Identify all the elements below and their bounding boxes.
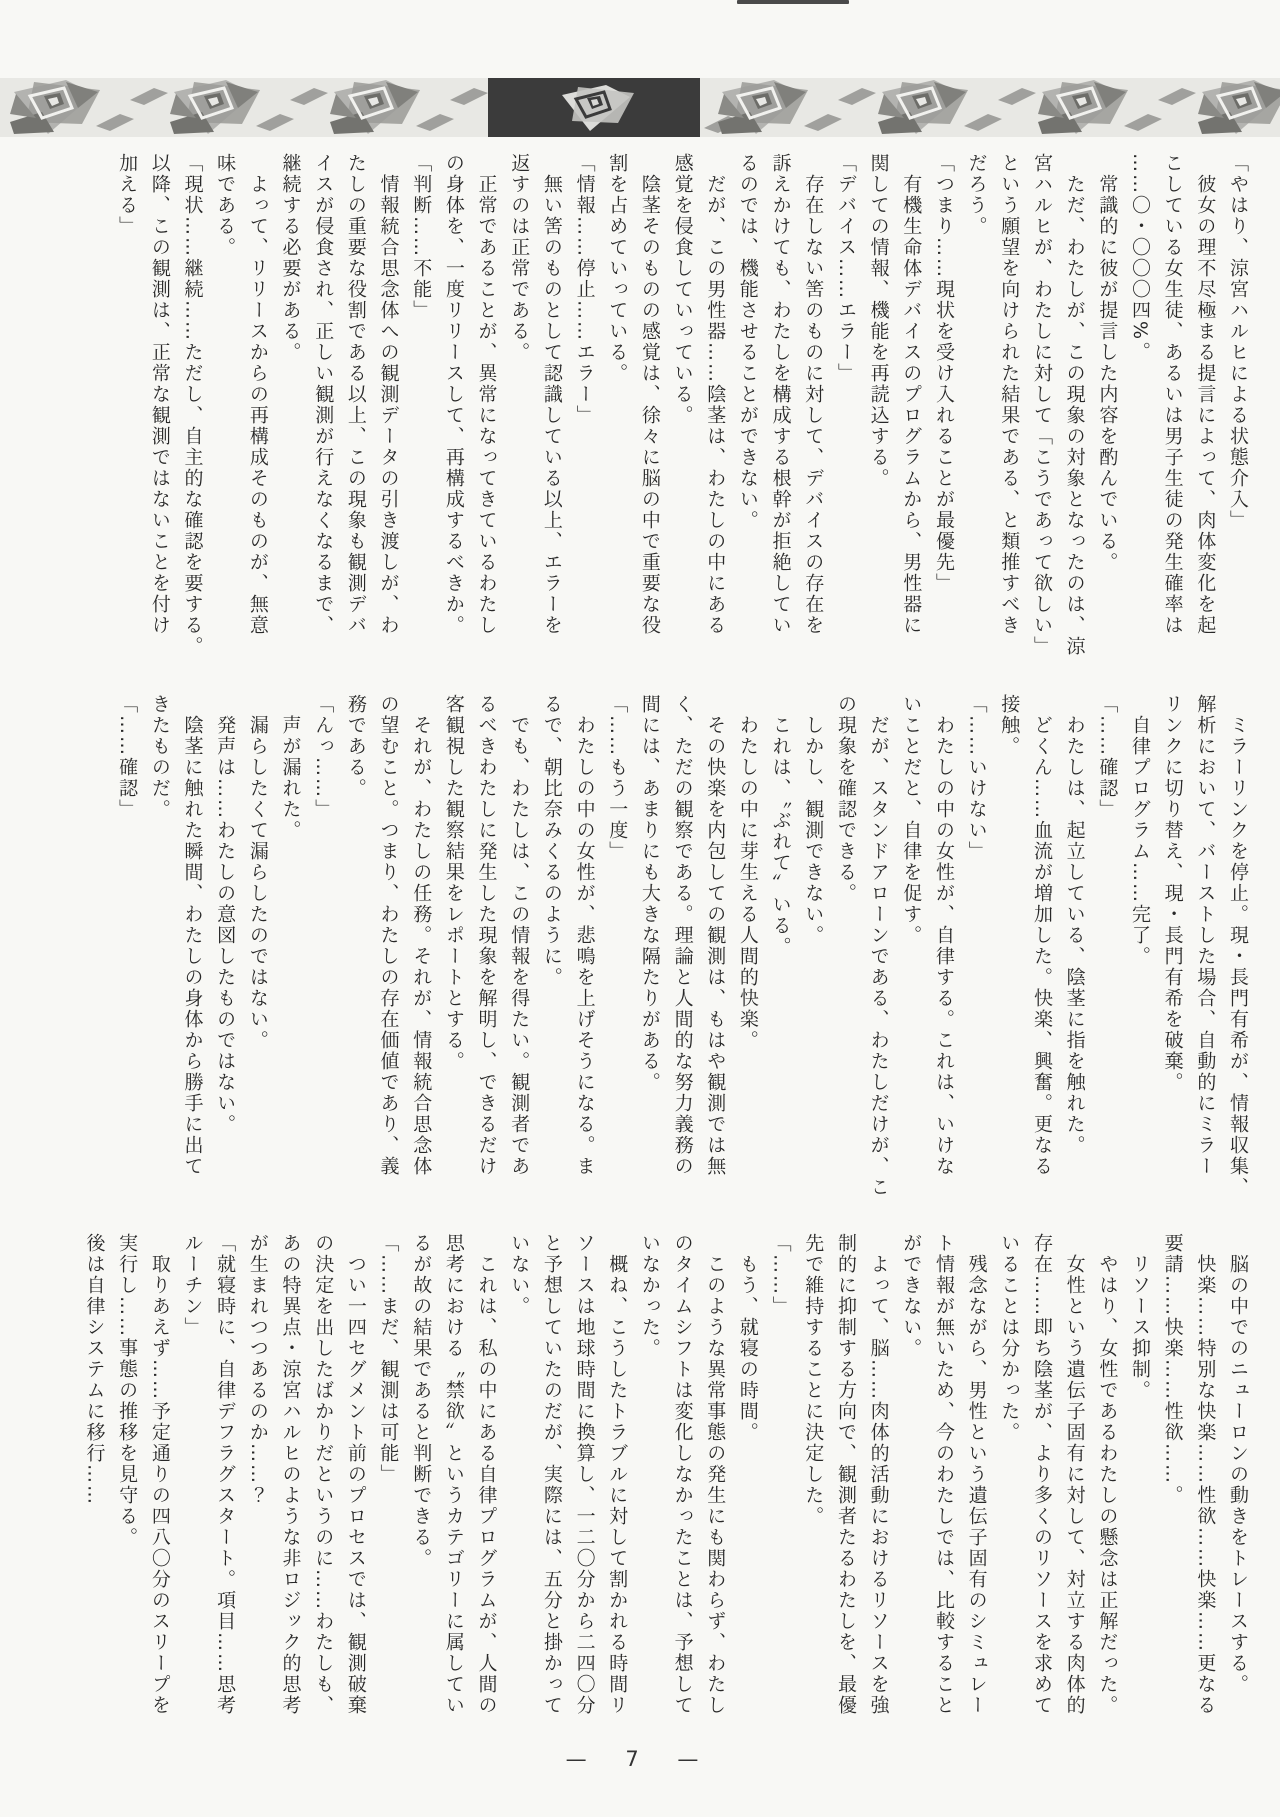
text-column: 接触。 [993,694,1026,1210]
text-column: 陰茎そのものの感覚は、徐々に脳の中で重要な役 [633,153,666,669]
text-column: 「……まだ、観測は可能」 [372,1233,405,1749]
text-column: やはり、女性であるわたしの懸念は正解だった。 [1091,1233,1124,1749]
text-column: 「……もう一度」 [601,694,634,1210]
text-column: これは、〝ぶれて〟いる。 [764,694,797,1210]
text-column: 自律プログラム……完了。 [1123,694,1156,1210]
text-column: 概ね、こうしたトラブルに対して割かれる時間リ [601,1233,634,1749]
text-column: こしている女生徒、あるいは男子生徒の発生確率は [1156,153,1189,669]
text-column: 残念ながら、男性という遺伝子固有のシミュレー [960,1233,993,1749]
text-column: たしの重要な役割である以上、この現象も観測デバ [339,153,372,669]
text-column: つい一四セグメント前のプロセスでは、観測破棄 [339,1233,372,1749]
text-column: 返すのは正常である。 [503,153,536,669]
text-column: 継続する必要がある。 [274,153,307,669]
text-column: 「……確認」 [1091,694,1124,1210]
text-column: いない。 [503,1233,536,1749]
text-column: もう、就寝の時間。 [731,1233,764,1749]
text-column: の身体を、一度リリースして、再構成するべきか。 [437,153,470,669]
text-column: るが故の結果であると判断できる。 [405,1233,438,1749]
text-column: 制的に抑制する方向で、観測者たるわたしを、最優 [829,1233,862,1749]
text-column: 有機生命体デバイスのプログラムから、男性器に [895,153,928,669]
text-column: 「情報……停止……エラー」 [568,153,601,669]
text-column: ト情報が無いため、今のわたしでは、比較すること [927,1233,960,1749]
text-column: 情報統合思念体への観測データの引き渡しが、わ [372,153,405,669]
text-column: るべきわたしに発生した現象を解明し、できるだけ [470,694,503,1210]
text-column: の現象を確認できる。 [829,694,862,1210]
text-column: 訴えかけても、わたしを構成する根幹が拒絶してい [764,153,797,669]
text-column: 「デバイス……エラー」 [829,153,862,669]
text-column: きたものだ。 [143,694,176,1210]
text-column: いことだと、自律を促す。 [895,694,928,1210]
text-column: だろう。 [960,153,993,669]
text-column: それが、わたしの任務。それが、情報統合思念体 [405,694,438,1210]
text-band-bottom: 脳の中でのニューロンの動きをトレースする。 快楽……特別な快楽……性欲……快楽…… [78,1233,1254,1749]
text-column: 「……」 [764,1233,797,1749]
text-column: どくん……血流が増加した。快楽、興奮。更なる [1025,694,1058,1210]
text-column: 客観視した観察結果をレポートとする。 [437,694,470,1210]
text-column: しかし、観測できない。 [797,694,830,1210]
text-column: 務である。 [339,694,372,1210]
text-column: 存在しない筈のものに対して、デバイスの存在を [797,153,830,669]
text-column: 関しての情報、機能を再読込する。 [862,153,895,669]
text-column: ……〇・〇〇〇四%。 [1123,153,1156,669]
text-column: 「やはり、涼宮ハルヒによる状態介入」 [1221,153,1254,669]
text-column: 「……いけない」 [960,694,993,1210]
text-column: 「就寝時に、自律デフラグスタート。項目……思考 [209,1233,242,1749]
text-column: ルーチン」 [176,1233,209,1749]
text-column: く、ただの観察である。理論と人間的な努力義務の [666,694,699,1210]
text-column: 漏らしたくて漏らしたのではない。 [241,694,274,1210]
text-column: 取りあえず……予定通りの四八〇分のスリープを [143,1233,176,1749]
text-column: 存在……即ち陰茎が、より多くのリソースを求めて [1025,1233,1058,1749]
text-column: 彼女の理不尽極まる提言によって、肉体変化を起 [1189,153,1222,669]
text-column: 解析において、バーストした場合、自動的にミラー [1189,694,1222,1210]
text-column: 味である。 [209,153,242,669]
text-column: 発声は……わたしの意図したものではない。 [209,694,242,1210]
text-column: 以降、この観測は、正常な観測ではないことを付け [143,153,176,669]
text-column: 実行し……事態の推移を見守る。 [110,1233,143,1749]
text-column: 声が漏れた。 [274,694,307,1210]
text-column: あの特異点・涼宮ハルヒのような非ロジック的思考 [274,1233,307,1749]
text-column: 無い筈のものとして認識している以上、エラーを [535,153,568,669]
text-column: ソースは地球時間に換算し、一二〇分から二四〇分 [568,1233,601,1749]
text-column: リンクに切り替え、現・長門有希を破棄。 [1156,694,1189,1210]
text-column: 「判断……不能」 [405,153,438,669]
scanned-page: 「やはり、涼宮ハルヒによる状態介入」 彼女の理不尽極まる提言によって、肉体変化を… [0,0,1280,1817]
text-column: 「つまり……現状を受け入れることが最優先」 [927,153,960,669]
text-column: 女性という遺伝子固有に対して、対立する肉体的 [1058,1233,1091,1749]
text-column: 「んっ……」 [307,694,340,1210]
text-column: 加える」 [110,153,143,669]
text-column: 後は自律システムに移行…… [78,1233,111,1749]
scan-edge-artifact [737,0,849,4]
text-column: 「現状……継続……ただし、自主的な確認を要する。 [176,153,209,669]
ornamental-border [0,78,1280,137]
text-column: の決定を出したばかりだというのに……わたしも、 [307,1233,340,1749]
text-column: 正常であることが、異常になってきているわたし [470,153,503,669]
text-column: のタイムシフトは変化しなかったことは、予想して [666,1233,699,1749]
text-column: 宮ハルヒが、わたしに対して「こうであって欲しい」 [1025,153,1058,669]
text-column: 脳の中でのニューロンの動きをトレースする。 [1221,1233,1254,1749]
text-column: 要請……快楽……性欲……。 [1156,1233,1189,1749]
text-column: いることは分かった。 [993,1233,1026,1749]
text-column: 陰茎に触れた瞬間、わたしの身体から勝手に出て [176,694,209,1210]
text-column: このような異常事態の発生にも関わらず、わたし [699,1233,732,1749]
text-column: 間には、あまりにも大きな隔たりがある。 [633,694,666,1210]
text-column: よって、リリースからの再構成そのものが、無意 [241,153,274,669]
text-column: 快楽……特別な快楽……性欲……快楽……更なる [1189,1233,1222,1749]
text-column: という願望を向けられた結果である、と類推すべき [993,153,1026,669]
text-column: その快楽を内包しての観測は、もはや観測では無 [699,694,732,1210]
text-column: いなかった。 [633,1233,666,1749]
text-column: だが、スタンドアローンである、わたしだけが、こ [862,694,895,1210]
text-column: わたしの中の女性が、自律する。これは、いけな [927,694,960,1210]
text-column: の望むこと。つまり、わたしの存在価値であり、義 [372,694,405,1210]
text-column: 割を占めていっている。 [601,153,634,669]
text-column: ができない。 [895,1233,928,1749]
text-column: でも、わたしは、この情報を得たい。観測者であ [503,694,536,1210]
text-column: わたしの中に芽生える人間的快楽。 [731,694,764,1210]
text-band-top: 「やはり、涼宮ハルヒによる状態介入」 彼女の理不尽極まる提言によって、肉体変化を… [110,153,1254,669]
text-column: 先で維持することに決定した。 [797,1233,830,1749]
text-column: よって、脳……肉体的活動におけるリソースを強 [862,1233,895,1749]
text-column: だが、この男性器……陰茎は、わたしの中にある [699,153,732,669]
text-column: 常識的に彼が提言した内容を酌んでいる。 [1091,153,1124,669]
text-column: わたしの中の女性が、悲鳴を上げそうになる。ま [568,694,601,1210]
text-column: るで、朝比奈みくるのように。 [535,694,568,1210]
text-column: ただ、わたしが、この現象の対象となったのは、涼 [1058,153,1091,669]
text-column: わたしは、起立している、陰茎に指を触れた。 [1058,694,1091,1210]
text-column: リソース抑制。 [1123,1233,1156,1749]
text-column: 思考における〝禁欲〟というカテゴリーに属してい [437,1233,470,1749]
text-band-middle: ミラーリンクを停止。現・長門有希が、情報収集、解析において、バーストした場合、自… [110,694,1254,1210]
page-number: — 7 — [0,1747,1280,1771]
text-column: 感覚を侵食していっている。 [666,153,699,669]
text-column: るのでは、機能させることができない。 [731,153,764,669]
rose-motif-band [0,78,1280,137]
text-column: イスが侵食され、正しい観測が行えなくなるまで、 [307,153,340,669]
text-column: これは、私の中にある自律プログラムが、人間の [470,1233,503,1749]
text-column: 「……確認」 [110,694,143,1210]
text-column: ミラーリンクを停止。現・長門有希が、情報収集、 [1221,694,1254,1210]
text-column: が生まれつつあるのか……？ [241,1233,274,1749]
text-column: と予想していたのだが、実際には、五分と掛かって [535,1233,568,1749]
